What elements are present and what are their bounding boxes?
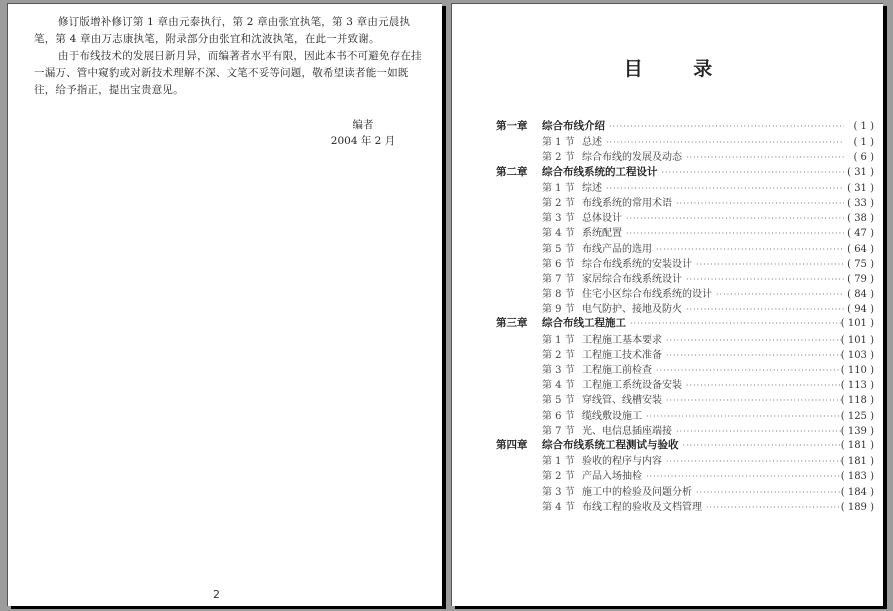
- toc-section-row[interactable]: 第 1 节验收的程序与内容( 181 ): [496, 452, 874, 467]
- toc-entry-page: ( 183 ): [841, 471, 874, 482]
- toc-entry-title: 电气防护、接地及防火: [582, 300, 686, 315]
- toc-entry-number: 第 1 节: [542, 179, 582, 194]
- toc-entry-page: ( 103 ): [841, 350, 874, 361]
- toc-entry-number: 第四章: [496, 437, 542, 452]
- toc-title: 目 录: [452, 54, 884, 81]
- toc-entry-page: ( 1 ): [844, 137, 874, 148]
- toc-entry-number: 第 7 节: [542, 270, 582, 285]
- toc-leader-dots: [696, 488, 841, 497]
- preface-paragraph: 修订版增补修订第 1 章由元泰执行，第 2 章由张宜执笔，第 3 章由元晨执笔，…: [34, 14, 422, 48]
- toc-entry-number: 第 8 节: [542, 285, 582, 300]
- toc-entry-title: 工程施工基本要求: [582, 331, 666, 346]
- toc-entry-title: 缆线敷设施工: [582, 407, 646, 422]
- toc-entry-number: 第 1 节: [542, 452, 582, 467]
- signature-date: 2004 年 2 月: [303, 133, 423, 148]
- toc-entry-number: 第 1 节: [542, 331, 582, 346]
- toc-entry-number: 第 6 节: [542, 255, 582, 270]
- toc-entry-page: ( 1 ): [844, 121, 874, 132]
- toc-entry-page: ( 75 ): [844, 259, 874, 270]
- toc-entry-title: 综合布线系统的工程设计: [542, 164, 662, 179]
- toc-entry-title: 工程施工前检查: [582, 361, 656, 376]
- toc-entry-title: 综合布线系统工程测试与验收: [542, 437, 683, 452]
- toc-entry-title: 综合布线的发展及动态: [582, 148, 686, 163]
- toc-chapter-row[interactable]: 第四章综合布线系统工程测试与验收( 181 ): [496, 437, 874, 452]
- toc-entry-page: ( 101 ): [841, 335, 874, 346]
- toc-entry-title: 验收的程序与内容: [582, 452, 666, 467]
- toc-leader-dots: [656, 366, 841, 375]
- toc-entry-page: ( 101 ): [841, 318, 874, 329]
- toc-entry-title: 综合布线系统的安装设计: [582, 255, 696, 270]
- toc-entry-title: 施工中的检验及问题分析: [582, 483, 696, 498]
- toc-entry-title: 光、电信息插座端接: [582, 422, 676, 437]
- toc-entry-page: ( 139 ): [841, 426, 874, 437]
- toc-section-row[interactable]: 第 5 节布线产品的选用( 64 ): [496, 240, 874, 255]
- toc-section-row[interactable]: 第 7 节家居综合布线系统设计( 79 ): [496, 270, 874, 285]
- toc-entry-title: 总述: [582, 133, 606, 148]
- toc-entry-page: ( 84 ): [844, 289, 874, 300]
- toc-section-row[interactable]: 第 6 节缆线敷设施工( 125 ): [496, 407, 874, 422]
- toc-entry-title: 综述: [582, 179, 606, 194]
- table-of-contents: 第一章综合布线介绍( 1 )第 1 节总述( 1 )第 2 节综合布线的发展及动…: [496, 118, 874, 513]
- toc-entry-number: 第 4 节: [542, 498, 582, 513]
- toc-entry-number: 第 6 节: [542, 407, 582, 422]
- toc-entry-title: 综合布线工程施工: [542, 315, 630, 330]
- toc-entry-page: ( 31 ): [844, 183, 874, 194]
- toc-entry-number: 第 5 节: [542, 240, 582, 255]
- toc-leader-dots: [686, 275, 844, 284]
- toc-entry-number: 第 5 节: [542, 391, 582, 406]
- toc-entry-page: ( 189 ): [841, 502, 874, 513]
- toc-leader-dots: [683, 441, 841, 450]
- toc-entry-title: 系统配置: [582, 224, 626, 239]
- toc-leader-dots: [686, 381, 841, 390]
- toc-entry-number: 第 2 节: [542, 194, 582, 209]
- toc-entry-number: 第 3 节: [542, 361, 582, 376]
- toc-section-row[interactable]: 第 3 节总体设计( 38 ): [496, 209, 874, 224]
- toc-section-row[interactable]: 第 2 节产品入场抽检( 183 ): [496, 467, 874, 482]
- toc-entry-page: ( 31 ): [844, 167, 874, 178]
- toc-entry-title: 总体设计: [582, 209, 626, 224]
- toc-leader-dots: [676, 199, 844, 208]
- toc-section-row[interactable]: 第 4 节系统配置( 47 ): [496, 224, 874, 239]
- toc-leader-dots: [686, 153, 844, 162]
- toc-leader-dots: [716, 290, 844, 299]
- toc-entry-number: 第 4 节: [542, 376, 582, 391]
- toc-leader-dots: [646, 412, 841, 421]
- toc-leader-dots: [706, 503, 841, 512]
- toc-chapter-row[interactable]: 第一章综合布线介绍( 1 ): [496, 118, 874, 133]
- toc-entry-title: 布线产品的选用: [582, 240, 656, 255]
- toc-entry-number: 第 7 节: [542, 422, 582, 437]
- toc-entry-page: ( 64 ): [844, 244, 874, 255]
- toc-leader-dots: [666, 336, 841, 345]
- toc-leader-dots: [630, 319, 841, 328]
- toc-section-row[interactable]: 第 6 节综合布线系统的安装设计( 75 ): [496, 255, 874, 270]
- toc-entry-number: 第一章: [496, 118, 542, 133]
- toc-entry-title: 住宅小区综合布线系统的设计: [582, 285, 716, 300]
- toc-leader-dots: [666, 351, 841, 360]
- toc-leader-dots: [606, 184, 844, 193]
- toc-leader-dots: [626, 229, 844, 238]
- toc-section-row[interactable]: 第 9 节电气防护、接地及防火( 94 ): [496, 300, 874, 315]
- toc-leader-dots: [696, 260, 844, 269]
- toc-section-row[interactable]: 第 1 节工程施工基本要求( 101 ): [496, 331, 874, 346]
- toc-entry-page: ( 33 ): [844, 198, 874, 209]
- toc-entry-page: ( 110 ): [841, 365, 874, 376]
- toc-entry-page: ( 118 ): [841, 395, 874, 406]
- toc-entry-page: ( 38 ): [844, 213, 874, 224]
- toc-leader-dots: [676, 427, 841, 436]
- toc-leader-dots: [662, 168, 845, 177]
- toc-section-row[interactable]: 第 8 节住宅小区综合布线系统的设计( 84 ): [496, 285, 874, 300]
- toc-entry-title: 穿线管、线槽安装: [582, 391, 666, 406]
- toc-chapter-row[interactable]: 第三章综合布线工程施工( 101 ): [496, 315, 874, 330]
- toc-section-row[interactable]: 第 4 节布线工程的验收及文档管理( 189 ): [496, 498, 874, 513]
- toc-entry-page: ( 125 ): [841, 411, 874, 422]
- toc-entry-page: ( 184 ): [841, 487, 874, 498]
- toc-entry-page: ( 181 ): [841, 456, 874, 467]
- toc-section-row[interactable]: 第 1 节总述( 1 ): [496, 133, 874, 148]
- toc-leader-dots: [606, 138, 844, 147]
- toc-leader-dots: [686, 305, 844, 314]
- toc-leader-dots: [666, 457, 841, 466]
- toc-entry-page: ( 47 ): [844, 228, 874, 239]
- toc-leader-dots: [626, 214, 844, 223]
- toc-entry-page: ( 94 ): [844, 304, 874, 315]
- toc-section-row[interactable]: 第 3 节工程施工前检查( 110 ): [496, 361, 874, 376]
- toc-leader-dots: [666, 396, 841, 405]
- toc-section-row[interactable]: 第 3 节施工中的检验及问题分析( 184 ): [496, 483, 874, 498]
- toc-entry-number: 第 3 节: [542, 209, 582, 224]
- preface-paragraph: 由于布线技术的发展日新月异，而编著者水平有限，因此本书不可避免存在挂一漏万、管中…: [34, 48, 422, 99]
- toc-entry-number: 第 2 节: [542, 148, 582, 163]
- toc-section-row[interactable]: 第 2 节布线系统的常用术语( 33 ): [496, 194, 874, 209]
- toc-entry-page: ( 79 ): [844, 274, 874, 285]
- toc-entry-title: 家居综合布线系统设计: [582, 270, 686, 285]
- toc-entry-number: 第 4 节: [542, 224, 582, 239]
- toc-leader-dots: [656, 245, 844, 254]
- toc-entry-title: 布线系统的常用术语: [582, 194, 676, 209]
- toc-entry-title: 工程施工系统设备安装: [582, 376, 686, 391]
- toc-section-row[interactable]: 第 2 节综合布线的发展及动态( 6 ): [496, 148, 874, 163]
- signature-author: 编者: [303, 117, 423, 132]
- toc-entry-number: 第 1 节: [542, 133, 582, 148]
- toc-entry-title: 布线工程的验收及文档管理: [582, 498, 706, 513]
- toc-entry-number: 第二章: [496, 164, 542, 179]
- left-page: 修订版增补修订第 1 章由元泰执行，第 2 章由张宜执笔，第 3 章由元晨执笔，…: [7, 3, 442, 606]
- toc-chapter-row[interactable]: 第二章综合布线系统的工程设计( 31 ): [496, 164, 874, 179]
- toc-entry-number: 第 2 节: [542, 467, 582, 482]
- page-number: 2: [213, 588, 220, 601]
- toc-entry-title: 综合布线介绍: [542, 118, 609, 133]
- toc-entry-page: ( 113 ): [841, 380, 874, 391]
- toc-entry-number: 第 3 节: [542, 483, 582, 498]
- toc-entry-number: 第 2 节: [542, 346, 582, 361]
- toc-section-row[interactable]: 第 2 节工程施工技术准备( 103 ): [496, 346, 874, 361]
- toc-entry-title: 工程施工技术准备: [582, 346, 666, 361]
- toc-entry-number: 第三章: [496, 315, 542, 330]
- toc-entry-title: 产品入场抽检: [582, 467, 646, 482]
- toc-entry-page: ( 181 ): [841, 440, 874, 451]
- toc-leader-dots: [646, 472, 841, 481]
- toc-section-row[interactable]: 第 1 节综述( 31 ): [496, 179, 874, 194]
- toc-entry-page: ( 6 ): [844, 152, 874, 163]
- toc-section-row[interactable]: 第 7 节光、电信息插座端接( 139 ): [496, 422, 874, 437]
- toc-leader-dots: [609, 122, 844, 131]
- toc-section-row[interactable]: 第 4 节工程施工系统设备安装( 113 ): [496, 376, 874, 391]
- toc-section-row[interactable]: 第 5 节穿线管、线槽安装( 118 ): [496, 391, 874, 406]
- right-page: 目 录 第一章综合布线介绍( 1 )第 1 节总述( 1 )第 2 节综合布线的…: [451, 3, 883, 606]
- toc-entry-number: 第 9 节: [542, 300, 582, 315]
